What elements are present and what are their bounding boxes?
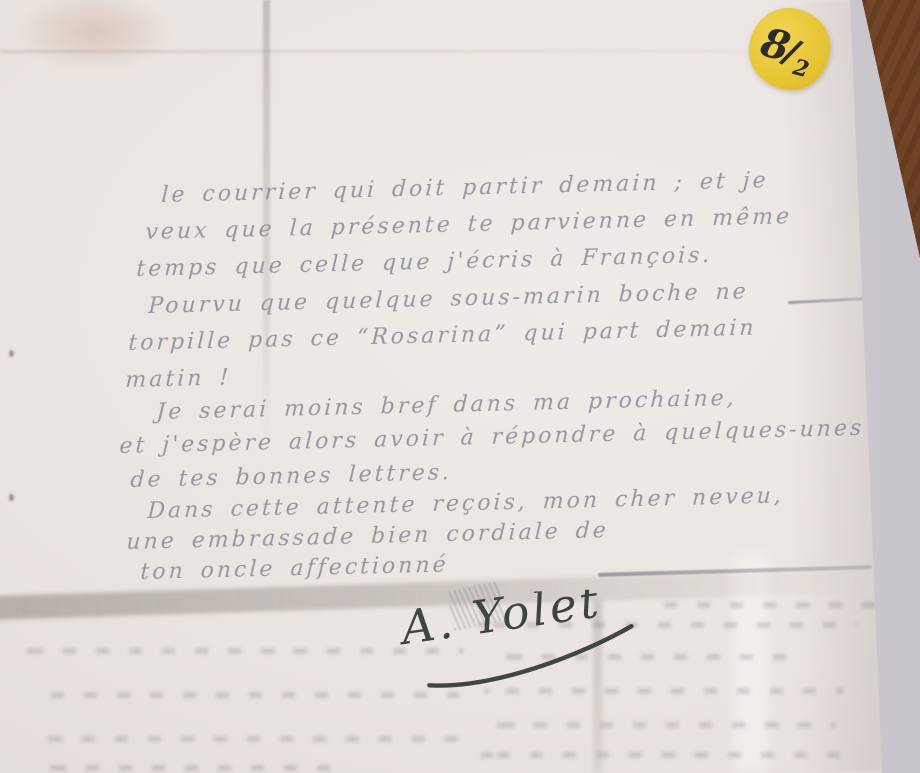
letter-page: le courrier qui doit partir demain ; et … (0, 0, 920, 773)
sticker-denominator: 2 (791, 56, 811, 81)
ink-speck (9, 494, 14, 501)
handwritten-line: ton oncle affectionné (140, 552, 449, 585)
ghost-text-row (496, 722, 836, 728)
sticker-label: 8/2 (757, 22, 822, 75)
ink-speck (9, 350, 14, 357)
paper-stain (14, 0, 174, 72)
signature-text: A. Yolet (394, 587, 604, 655)
ghost-text-row (46, 765, 346, 771)
horizontal-crease (0, 50, 832, 53)
handwritten-line: de tes bonnes lettres. (130, 460, 453, 493)
handwritten-line: torpille pas ce “Rosarina” qui part dema… (128, 316, 757, 356)
signature: A. Yolet (386, 587, 659, 700)
handwritten-line: une embrassade bien cordiale de (126, 518, 610, 555)
handwritten-line: veux que la présente te parvienne en mêm… (145, 204, 793, 245)
handwritten-line: matin ! (125, 365, 232, 393)
ghost-text-row (30, 736, 460, 742)
handwritten-line: temps que celle que j'écris à François. (136, 243, 713, 282)
handwritten-line: Je serai moins bref dans ma prochaine, (156, 386, 737, 425)
letter-photograph: le courrier qui doit partir demain ; et … (0, 0, 920, 773)
handwritten-line: le courrier qui doit partir demain ; et … (161, 168, 769, 208)
handwritten-line: Pourvu que quelque sous-marin boche ne (148, 279, 749, 319)
